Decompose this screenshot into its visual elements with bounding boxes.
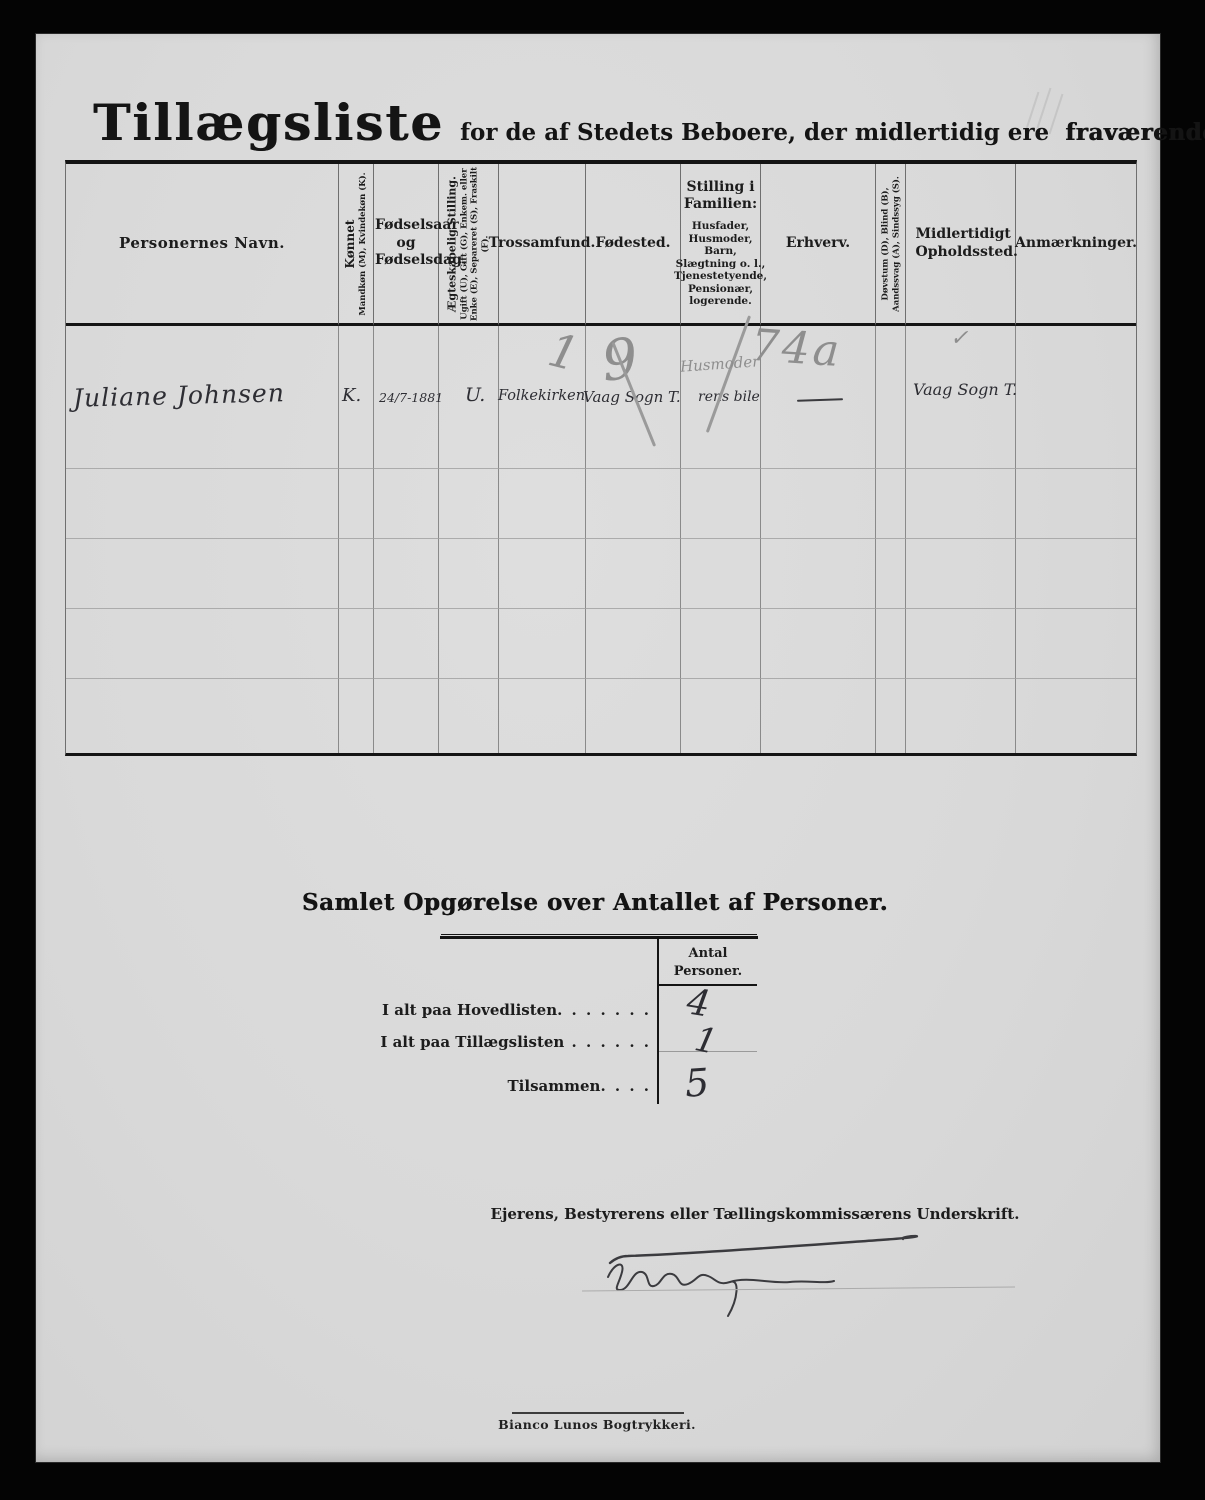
table-cell xyxy=(761,679,876,753)
table-cell xyxy=(374,469,439,539)
summary-value-tillaegslisten: 1 xyxy=(691,1019,720,1063)
table-cell xyxy=(499,326,586,469)
table-cell xyxy=(339,609,374,679)
column-header-foedested: Fødested. xyxy=(586,164,681,326)
table-cell xyxy=(761,469,876,539)
signature-caption: Ejerens, Bestyrerens eller Tællingskommi… xyxy=(475,1205,1035,1223)
column-header-anmaerkninger: Anmærkninger. xyxy=(1016,164,1136,326)
table-cell xyxy=(439,609,499,679)
table-cell xyxy=(906,609,1016,679)
table-cell xyxy=(339,469,374,539)
table-cell xyxy=(586,609,681,679)
column-header-personernes-navn: Personernes Navn. xyxy=(66,164,339,326)
table-cell xyxy=(66,609,339,679)
table-cell xyxy=(876,326,906,469)
table-cell xyxy=(906,679,1016,753)
table-cell xyxy=(439,326,499,469)
table-cell xyxy=(876,469,906,539)
table-cell xyxy=(1016,469,1136,539)
table-cell xyxy=(906,469,1016,539)
table-cell xyxy=(586,469,681,539)
table-cell xyxy=(761,609,876,679)
table-cell xyxy=(586,326,681,469)
table-cell xyxy=(339,539,374,609)
table-cell xyxy=(681,469,761,539)
summary-title: Samlet Opgørelse over Antallet af Person… xyxy=(275,889,915,916)
printer-rule xyxy=(512,1412,684,1414)
table-cell xyxy=(339,679,374,753)
table-cell xyxy=(906,326,1016,469)
table-cell xyxy=(339,326,374,469)
signature-scribble xyxy=(580,1231,1060,1326)
column-header-midlertidigt-opholdssted: Midlertidigt Opholdssted. xyxy=(906,164,1016,326)
summary-row-hovedlisten: I alt paa Hovedlisten. . . . . . . xyxy=(335,1001,651,1019)
table-cell xyxy=(876,679,906,753)
summary-row-tilsammen: Tilsammen. . . . xyxy=(335,1077,651,1095)
table-cell xyxy=(439,679,499,753)
summary-count-header: Antal Personer. xyxy=(659,945,757,980)
table-cell xyxy=(439,469,499,539)
table-cell xyxy=(1016,326,1136,469)
table-cell xyxy=(374,609,439,679)
table-cell xyxy=(374,679,439,753)
table-cell xyxy=(906,539,1016,609)
table-cell xyxy=(374,539,439,609)
table-cell xyxy=(586,539,681,609)
table-cell xyxy=(681,609,761,679)
table-cell xyxy=(1016,609,1136,679)
summary-row-tillaegslisten: I alt paa Tillægslisten . . . . . . xyxy=(335,1033,651,1051)
column-header-koennet: Kønnet Mandkøn (M), Kvindekøn (K). xyxy=(339,164,374,326)
summary-value-tilsammen: 5 xyxy=(683,1060,710,1106)
table-cell xyxy=(66,539,339,609)
table-cell xyxy=(761,326,876,469)
table-cell xyxy=(586,679,681,753)
table-cell xyxy=(374,326,439,469)
column-header-erhverv: Erhverv. xyxy=(761,164,876,326)
table-cell xyxy=(499,539,586,609)
title-main: Tillægsliste xyxy=(93,93,444,152)
page-title: Tillægsliste for de af Stedets Beboere, … xyxy=(93,93,1133,152)
title-subtitle: for de af Stedets Beboere, der midlertid… xyxy=(460,119,1049,146)
summary-top-rule xyxy=(440,936,758,939)
table-cell xyxy=(499,469,586,539)
table-cell xyxy=(439,539,499,609)
table-cell xyxy=(681,326,761,469)
table-cell xyxy=(681,679,761,753)
table-cell xyxy=(876,539,906,609)
scanned-census-page: Tillægsliste for de af Stedets Beboere, … xyxy=(35,33,1161,1463)
table-cell xyxy=(681,539,761,609)
table-cell xyxy=(1016,539,1136,609)
table-cell xyxy=(761,539,876,609)
column-header-foedselsaar: Fødselsaar og Fødselsdag. xyxy=(374,164,439,326)
column-header-trossamfund: Trossamfund. xyxy=(499,164,586,326)
table-cell xyxy=(1016,679,1136,753)
table-cell xyxy=(876,609,906,679)
table-cell xyxy=(66,469,339,539)
title-emphasis: fraværende. xyxy=(1065,119,1205,146)
table-cell xyxy=(499,609,586,679)
census-table: Personernes Navn. Kønnet Mandkøn (M), Kv… xyxy=(65,160,1137,756)
table-cell xyxy=(66,326,339,469)
table-cell xyxy=(66,679,339,753)
printer-imprint: Bianco Lunos Bogtrykkeri. xyxy=(447,1417,747,1432)
column-header-stilling-i-familien: Stilling i Familien: Husfader, Husmoder,… xyxy=(681,164,761,326)
column-header-doevstum: Døvstum (D), Blind (B), Aandssvag (A), S… xyxy=(876,164,906,326)
table-cell xyxy=(499,679,586,753)
